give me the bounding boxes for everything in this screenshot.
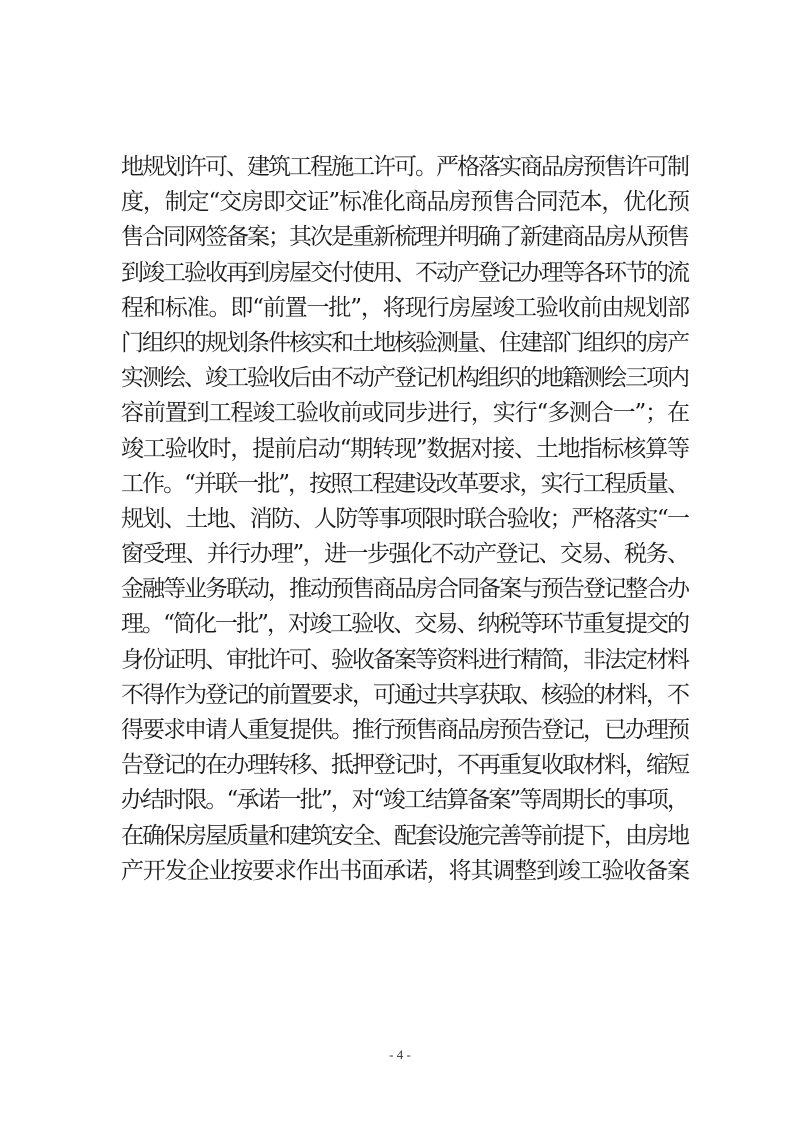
text-line: 到竣工验收再到房屋交付使用、不动产登记办理等各环节的流 [121, 256, 688, 291]
text-line: 理。“简化一批”，对竣工验收、交易、纳税等环节重复提交的 [121, 607, 688, 642]
text-line: 实测绘、竣工验收后由不动产登记机构组织的地籍测绘三项内 [121, 361, 688, 396]
text-line: 产开发企业按要求作出书面承诺，将其调整到竣工验收备案 [121, 854, 689, 889]
text-line: 得要求申请人重复提供。推行预售商品房预告登记，已办理预 [121, 713, 688, 748]
text-line: 不得作为登记的前置要求，可通过共享获取、核验的材料，不 [121, 678, 688, 713]
text-line: 竣工验收时，提前启动“期转现”数据对接、土地指标核算等 [121, 432, 689, 467]
text-line: 在确保房屋质量和建筑安全、配套设施完善等前提下，由房地 [121, 819, 688, 854]
text-line: 度，制定“交房即交证”标准化商品房预售合同范本，优化预 [121, 185, 689, 220]
text-line: 办结时限。“承诺一批”，对“竣工结算备案”等周期长的事项， [121, 783, 688, 818]
text-line: 地规划许可、建筑工程施工许可。严格落实商品房预售许可制 [121, 150, 688, 185]
text-line: 容前置到工程竣工验收前或同步进行，实行“多测合一”；在 [121, 396, 689, 431]
text-line: 身份证明、审批许可、验收备案等资料进行精简，非法定材料 [121, 643, 688, 678]
text-line: 售合同网签备案；其次是重新梳理并明确了新建商品房从预售 [121, 220, 688, 255]
text-line: 金融等业务联动，推动预售商品房合同备案与预告登记整合办 [121, 572, 688, 607]
document-page: 地规划许可、建筑工程施工许可。严格落实商品房预售许可制 度，制定“交房即交证”标… [0, 0, 800, 1131]
text-line: 工作。“并联一批”，按照工程建设改革要求，实行工程质量、 [121, 467, 688, 502]
body-paragraph: 地规划许可、建筑工程施工许可。严格落实商品房预售许可制 度，制定“交房即交证”标… [121, 150, 690, 889]
text-line: 窗受理、并行办理”，进一步强化不动产登记、交易、税务、 [121, 537, 688, 572]
text-line: 程和标准。即“前置一批”，将现行房屋竣工验收前由规划部 [121, 291, 689, 326]
text-line: 门组织的规划条件核实和土地核验测量、住建部门组织的房产 [121, 326, 688, 361]
page-number: - 4 - [0, 1047, 800, 1063]
text-line: 告登记的在办理转移、抵押登记时，不再重复收取材料，缩短 [121, 748, 688, 783]
text-line: 规划、土地、消防、人防等事项限时联合验收；严格落实“一 [121, 502, 688, 537]
